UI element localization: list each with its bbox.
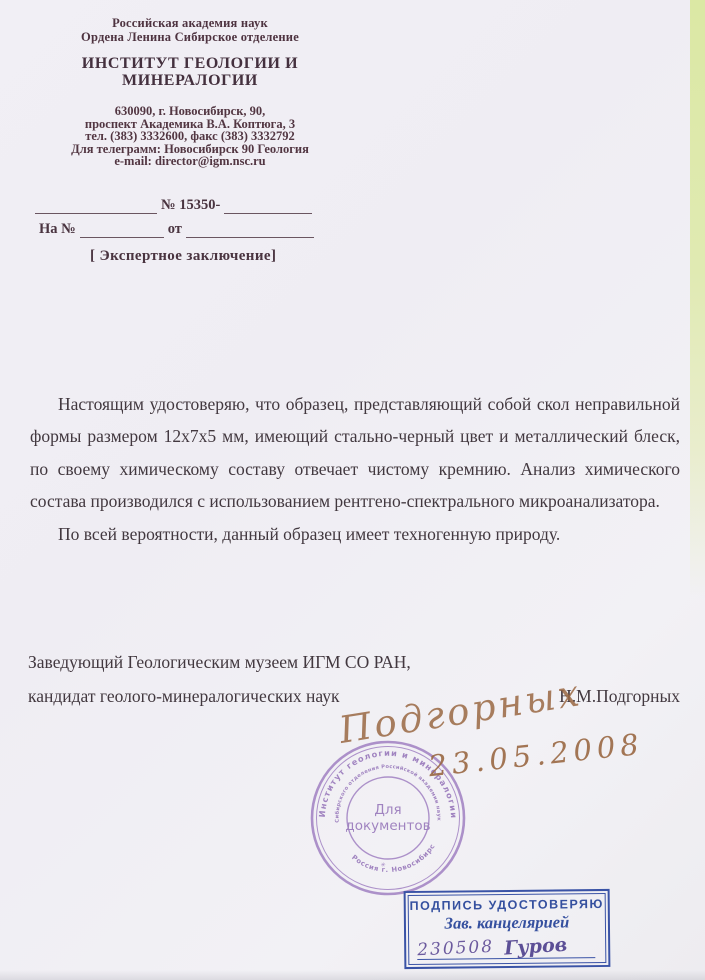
scanned-letter-page: Российская академия наук Ордена Ленина С… xyxy=(0,0,705,980)
address-line1: 630090, г. Новосибирск, 90, xyxy=(0,105,380,118)
address-block: 630090, г. Новосибирск, 90, проспект Ака… xyxy=(0,105,380,168)
body-paragraph-2: По всей вероятности, данный образец имее… xyxy=(30,518,680,550)
letterhead: Российская академия наук Ордена Ленина С… xyxy=(0,16,380,168)
stamp-handwritten-signature: Гуров xyxy=(503,934,567,960)
signer-position-line2: кандидат геолого-минералогических наук xyxy=(28,679,339,713)
scan-background-edge xyxy=(690,0,705,600)
stamp-center-line2: документов xyxy=(345,818,430,834)
paper-bottom-shadow xyxy=(0,970,705,980)
stamp-fill-in-line: 230508 Гуров xyxy=(417,934,595,960)
stamp-office-head-line: Зав. канцелярией xyxy=(409,912,605,934)
blank-line xyxy=(186,222,314,238)
stamp-center-text: Для документов xyxy=(345,802,430,834)
reference-number-line: № 15350- xyxy=(35,190,335,214)
org-name-line1: Российская академия наук xyxy=(0,16,380,30)
outgoing-number: № 15350- xyxy=(157,197,224,214)
org-name-line2: Ордена Ленина Сибирское отделение xyxy=(0,30,380,44)
stamp-certify-line: ПОДПИСЬ УДОСТОВЕРЯЮ xyxy=(409,897,605,913)
stamp-center-line1: Для xyxy=(374,802,401,818)
stamp-star-symbol: ✳ xyxy=(380,861,386,868)
address-line3: тел. (383) 3332600, факс (383) 3332792 xyxy=(0,130,380,143)
institute-name-line1: ИНСТИТУТ ГЕОЛОГИИ И xyxy=(0,55,380,72)
ot-date-label: от xyxy=(164,221,186,238)
certification-stamp-inner-border: ПОДПИСЬ УДОСТОВЕРЯЮ Зав. канцелярией 230… xyxy=(408,893,607,965)
reference-reply-line: На № от xyxy=(35,214,335,238)
institute-name-line2: МИНЕРАЛОГИИ xyxy=(0,72,380,89)
blank-line xyxy=(80,222,164,238)
body-text: Настоящим удостоверяю, что образец, пред… xyxy=(30,388,680,550)
address-line5: e-mail: director@igm.nsc.ru xyxy=(0,155,380,168)
blank-line xyxy=(224,198,312,214)
handwritten-date: 23.05.2008 xyxy=(427,727,645,783)
certification-stamp: ПОДПИСЬ УДОСТОВЕРЯЮ Зав. канцелярией 230… xyxy=(404,889,611,969)
signer-position-line1: Заведующий Геологическим музеем ИГМ СО Р… xyxy=(28,645,680,679)
na-number-label: На № xyxy=(35,221,80,238)
document-type-title: [ Экспертное заключение] xyxy=(90,248,276,265)
reference-block: № 15350- На № от xyxy=(35,190,335,238)
body-paragraph-1: Настоящим удостоверяю, что образец, пред… xyxy=(30,388,680,518)
stamp-handwritten-date: 230508 xyxy=(417,937,495,960)
blank-line xyxy=(35,198,157,214)
